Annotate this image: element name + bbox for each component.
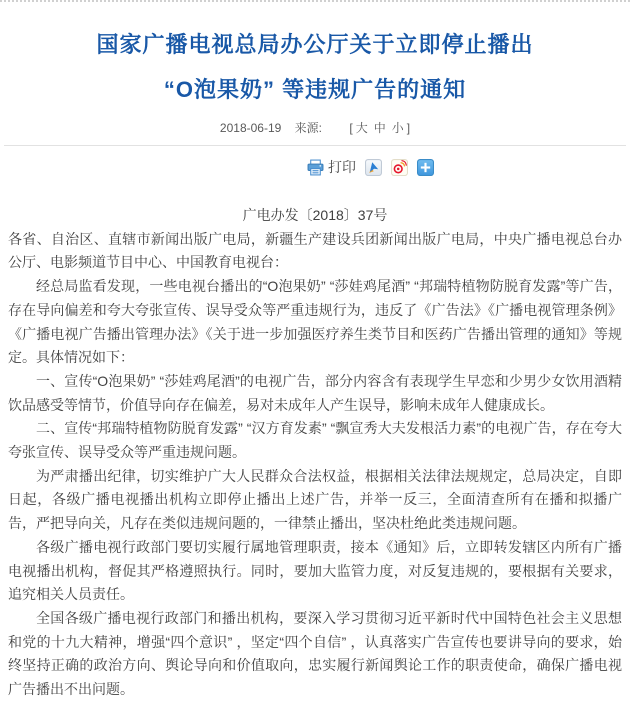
paragraph-enforcement: 各级广播电视行政部门要切实履行属地管理职责，接本《通知》后，立即转发辖区内所有广…: [8, 536, 622, 607]
print-button[interactable]: 打印: [304, 157, 356, 177]
font-size-widget: [大中小]: [349, 121, 410, 135]
share-more-icon[interactable]: [417, 159, 434, 176]
header-divider: [4, 145, 626, 146]
title-line-1: 国家广播电视总局办公厅关于立即停止播出: [18, 22, 612, 67]
paragraph-addressees: 各省、自治区、直辖市新闻出版广电局，新疆生产建设兵团新闻出版广电局，中央广播电视…: [8, 228, 622, 275]
paragraph-item-2: 二、宣传“邦瑞特植物防脱育发露” “汉方育发素” “飘宣秀大夫发根活力素”的电视…: [8, 417, 622, 464]
article-meta: 2018-06-19 来源: [大中小]: [0, 120, 630, 136]
publish-date: 2018-06-19: [220, 121, 281, 135]
title-line-2: “O泡果奶” 等违规广告的通知: [18, 67, 612, 112]
print-button-label: 打印: [328, 157, 356, 177]
notice-document: 广电办发〔2018〕37号 各省、自治区、直辖市新闻出版广电局，新疆生产建设兵团…: [8, 204, 622, 702]
article-page: 国家广播电视总局办公厅关于立即停止播出 “O泡果奶” 等违规广告的通知 2018…: [0, 0, 630, 710]
share-toolbar: 打印: [54, 156, 630, 178]
paragraph-findings: 经总局监看发现，一些电视台播出的“O泡果奶” “莎娃鸡尾酒” “邦瑞特植物防脱育…: [8, 275, 622, 370]
source-label: 来源:: [295, 121, 322, 135]
share-arrow-icon[interactable]: [365, 159, 382, 176]
font-size-small-link[interactable]: 小: [389, 121, 407, 135]
paragraph-closing: 全国各级广播电视行政部门和播出机构，要深入学习贯彻习近平新时代中国特色社会主义思…: [8, 607, 622, 702]
printer-icon: [307, 159, 324, 176]
doc-number: 广电办发〔2018〕37号: [8, 204, 622, 228]
paragraph-item-1: 一、宣传“O泡果奶” “莎娃鸡尾酒”的电视广告，部分内容含有表现学生早恋和少男少…: [8, 370, 622, 417]
font-widget-close-bracket: ]: [407, 121, 410, 135]
font-size-medium-link[interactable]: 中: [371, 121, 389, 135]
weibo-icon[interactable]: [391, 159, 408, 176]
page-title: 国家广播电视总局办公厅关于立即停止播出 “O泡果奶” 等违规广告的通知: [18, 22, 612, 112]
font-size-large-link[interactable]: 大: [353, 121, 371, 135]
paragraph-decision: 为严肃播出纪律，切实维护广大人民群众合法权益，根据相关法律法规规定，总局决定，自…: [8, 465, 622, 536]
